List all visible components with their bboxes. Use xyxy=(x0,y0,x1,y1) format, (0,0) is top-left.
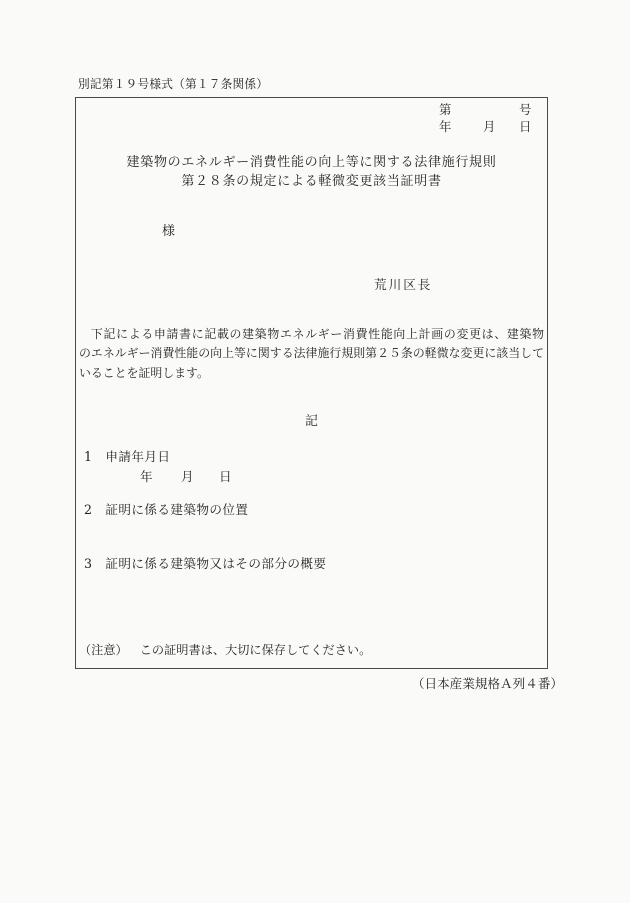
certificate-frame: 第 号 年 月 日 建築物のエネルギー消費性能の向上等に関する法律施行規則 第２… xyxy=(75,97,548,669)
item-number: 3 xyxy=(84,556,92,571)
application-date-fields: 年 月 日 xyxy=(76,466,547,482)
form-number-label: 別記第１９号様式（第１７条関係） xyxy=(78,76,268,92)
certificate-document-page: 別記第１９号様式（第１７条関係） 第 号 年 月 日 建築物のエネルギー消費性能… xyxy=(0,0,630,903)
doc-number-suffix: 号 xyxy=(519,100,531,118)
document-title-line1: 建築物のエネルギー消費性能の向上等に関する法律施行規則 xyxy=(76,154,547,173)
application-date-month-label: 月 xyxy=(181,466,194,485)
caution-note-label: （注意） xyxy=(79,643,128,657)
document-title: 建築物のエネルギー消費性能の向上等に関する法律施行規則 第２８条の規定による軽微… xyxy=(76,154,547,191)
issue-date-month-label: 月 xyxy=(483,117,495,135)
issuer-name: 荒川区長 xyxy=(374,274,432,293)
issue-date-day-label: 日 xyxy=(519,117,531,135)
item-label: 申請年月日 xyxy=(105,449,170,464)
list-item-building-location: 2証明に係る建築物の位置 xyxy=(84,499,248,518)
item-label: 証明に係る建築物又はその部分の概要 xyxy=(105,556,326,571)
item-number: 2 xyxy=(84,502,92,517)
item-label: 証明に係る建築物の位置 xyxy=(105,502,248,517)
body-line-3: いることを証明します。 xyxy=(79,364,544,383)
issue-date-year-label: 年 xyxy=(439,117,451,135)
addressee-honorific: 様 xyxy=(162,220,175,239)
item-number: 1 xyxy=(84,449,92,464)
paper-size-note: （日本産業規格Ａ列４番） xyxy=(412,673,563,692)
body-line-1: 下記による申請書に記載の建築物エネルギー消費性能向上計画の変更は、建築物 xyxy=(79,325,544,344)
doc-number-prefix: 第 xyxy=(439,100,451,118)
list-item-application-date: 1申請年月日 xyxy=(84,446,170,465)
document-title-line2: 第２８条の規定による軽微変更該当証明書 xyxy=(76,173,547,192)
caution-note-text: この証明書は、大切に保存してください。 xyxy=(140,643,372,657)
application-date-year-label: 年 xyxy=(140,466,153,485)
caution-note: （注意）この証明書は、大切に保存してください。 xyxy=(79,641,371,658)
record-marker: 記 xyxy=(76,410,547,429)
body-line-2: のエネルギー消費性能の向上等に関する法律施行規則第２５条の軽微な変更に該当して xyxy=(79,344,544,363)
application-date-day-label: 日 xyxy=(219,466,232,485)
list-item-building-overview: 3証明に係る建築物又はその部分の概要 xyxy=(84,553,326,572)
body-paragraph: 下記による申請書に記載の建築物エネルギー消費性能向上計画の変更は、建築物 のエネ… xyxy=(79,325,544,383)
